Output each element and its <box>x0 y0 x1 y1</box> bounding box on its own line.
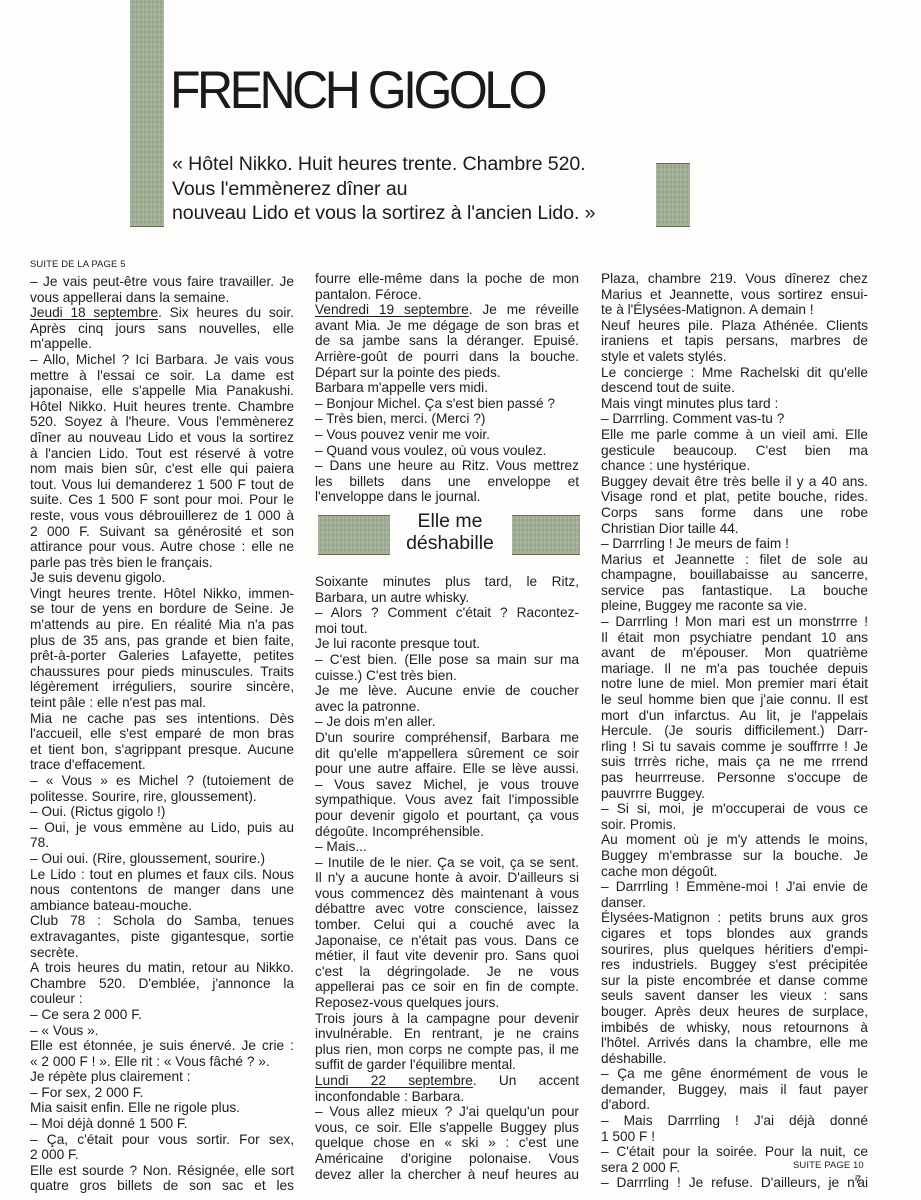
text-run: – « Vous ». <box>30 1023 99 1038</box>
text-line: – « Vous » es Michel ? (tutoiement de <box>30 773 294 789</box>
text-run: 520. Soyez à l'heure. Vous l'emmènerez <box>30 414 294 429</box>
quote-accent-bar <box>656 163 690 227</box>
text-run: le seul homme bien que j'aie connu. Il e… <box>601 692 868 707</box>
subheading-block: Elle me déshabille <box>318 513 580 559</box>
text-run: quelque chose en « ski » : c'est une <box>315 1135 579 1150</box>
text-line: – Dans une heure au Ritz. Vous mettrez <box>315 458 579 474</box>
text-line: métier, il faut vite devenir pro. Sans q… <box>315 948 579 964</box>
text-run: m'appelle. <box>30 336 92 351</box>
text-line: nom mais bien sûr, c'est elle qui paiera <box>30 461 294 477</box>
text-line: cuisse.) C'est très bien. <box>315 668 579 684</box>
text-run: imbibés de whisky, nous retournons à <box>601 1020 868 1035</box>
text-run: . Six heures du soir. <box>158 305 294 320</box>
text-run: parle pas très bien le français. <box>30 555 213 570</box>
text-line: D'un sourire compréhensif, Barbara me <box>315 730 579 746</box>
text-run: 78. <box>30 835 49 850</box>
text-line: – Mais Darrrling ! J'ai déjà donné <box>601 1113 868 1129</box>
text-run: 2 000 F. <box>30 1147 79 1162</box>
text-line: Christian Dior taille 44. <box>601 521 868 537</box>
text-line: teint pâle : elle n'est pas mal. <box>30 695 294 711</box>
text-line: Marius et Jeannette, vous sortirez ensui… <box>601 287 868 303</box>
text-line: Vendredi 19 septembre. Je me réveille <box>315 302 579 318</box>
text-run: les billets dans une enveloppe et <box>315 474 579 489</box>
text-run: – Dans une heure au Ritz. Vous mettrez <box>315 458 579 473</box>
text-line: – Quand vous voulez, où vous voulez. <box>315 443 579 459</box>
text-run: – Oui oui. (Rire, gloussement, sourire.) <box>30 851 265 866</box>
text-run: Club 78 : Schola do Samba, tenues <box>30 913 294 928</box>
text-column-2-top: fourre elle-même dans la poche de monpan… <box>315 271 579 505</box>
text-line: pantalon. Féroce. <box>315 287 579 303</box>
text-run: – Ça, c'était pour vous sortir. For sex, <box>30 1132 294 1147</box>
text-line: mort d'un infarctus. Au lit, je l'appela… <box>601 708 868 724</box>
text-line: sympathique. Vous avez fait l'impossible <box>315 792 579 808</box>
text-line: prêt-à-porter Galeries Lafayette, petite… <box>30 648 294 664</box>
text-line: Elle me parle comme à un vieil ami. Elle <box>601 427 868 443</box>
text-run: Le Lido : tout en plumes et faux cils. N… <box>30 867 294 882</box>
subheading: Elle me déshabille <box>392 510 508 554</box>
text-run: Barbara, un autre whisky. <box>315 590 469 605</box>
text-run: Départ sur la pointe des pieds. <box>315 365 501 380</box>
text-run: – Oui. (Rictus gigolo !) <box>30 804 165 819</box>
text-line: l'accueil, elle s'est emparé de mon bras <box>30 726 294 742</box>
text-run: tout. Vous lui demanderez 1 500 F tout d… <box>30 477 294 492</box>
text-line: dit qu'elle m'appellera sûrement ce soir <box>315 746 579 762</box>
text-line: pas heurrreuse. Personne s'occupe de <box>601 770 868 786</box>
text-run: débattre avec votre conscience, laissez <box>315 901 579 916</box>
text-line: trace d'effacement. <box>30 757 294 773</box>
text-run: Soixante minutes plus tard, le Ritz, <box>315 574 579 589</box>
text-line: 2 000 F. <box>30 1147 294 1163</box>
text-run: Trois jours à la campagne pour devenir <box>315 1011 579 1026</box>
text-run: Japonaise, ce n'était pas vous. Dans ce <box>315 933 579 948</box>
text-line: – Vous savez Michel, je vous trouve <box>315 777 579 793</box>
text-line: vous, ce soir. Elle s'appelle Buggey plu… <box>315 1120 579 1136</box>
text-line: 2 000 F. Suivant sa générosité et son <box>30 524 294 540</box>
text-line: tomber. Celui qui a couché avec la <box>315 917 579 933</box>
text-run: – Quand vous voulez, où vous voulez. <box>315 443 546 458</box>
text-run: Elle est étonnée, je suis énervé. Je cri… <box>30 1038 294 1053</box>
text-line: reste, vous vous débrouillerez de 1 000 … <box>30 508 294 524</box>
text-line: style et valets stylés. <box>601 349 868 365</box>
text-run: mariage. Il ne m'a pas touchée depuis <box>601 661 868 676</box>
text-run: dégoûte. Incompréhensible. <box>315 824 484 839</box>
text-run: Elle est sourde ? Non. Résignée, elle so… <box>30 1163 294 1178</box>
text-run: pauvrrre Buggey. <box>601 786 705 801</box>
pull-quote-line: « Hôtel Nikko. Huit heures trente. Chamb… <box>172 152 652 177</box>
text-line: seuls savent danser les vieux : sans <box>601 988 868 1004</box>
magazine-page: FRENCH GIGOLO « Hôtel Nikko. Huit heures… <box>0 0 921 1200</box>
text-run: pas heurrreuse. Personne s'occupe de <box>601 770 868 785</box>
text-line: devez aller la chercher à neuf heures au <box>315 1167 579 1183</box>
text-run: métier, il faut vite devenir pro. Sans q… <box>315 948 579 963</box>
text-run: Après cinq jours sans nouvelles, elle <box>30 321 294 336</box>
text-line: champagne, bouillabaisse au sancerre, <box>601 567 868 583</box>
text-run: invulnérable. En rentrant, je ne crains <box>315 1026 579 1041</box>
text-line: extravagantes, piste gigantesque, sortie <box>30 929 294 945</box>
text-run: – Je dois m'en aller. <box>315 714 436 729</box>
text-run: suis trrrès riche, mais ça ne me rrrend <box>601 754 868 769</box>
text-run: A trois heures du matin, retour au Nikko… <box>30 960 294 975</box>
text-run: Visage rond et plat, petite bouche, ride… <box>601 489 868 504</box>
text-run: cuisse.) C'est très bien. <box>315 668 457 683</box>
text-run: inconfondable : Barbara. <box>315 1089 464 1104</box>
text-line: Élysées-Matignon : petits bruns aux gros <box>601 910 868 926</box>
text-run: soir. Promis. <box>601 817 676 832</box>
text-run: – For sex, 2 000 F. <box>30 1085 143 1100</box>
text-line: – Darrrling ! Mon mari est un monstrrre … <box>601 614 868 630</box>
text-line: dîner au nouveau Lido et vous la sortire… <box>30 430 294 446</box>
text-run: – Vous allez mieux ? J'ai quelqu'un pour <box>315 1104 579 1119</box>
text-line: – Ça, c'était pour vous sortir. For sex, <box>30 1132 294 1148</box>
text-line: Visage rond et plat, petite bouche, ride… <box>601 489 868 505</box>
text-line: – Oui oui. (Rire, gloussement, sourire.) <box>30 851 294 867</box>
text-line: appellerai pas ce soir en fin de compte. <box>315 979 579 995</box>
text-run: rling ! Si tu savais comme je souffrrre … <box>601 739 868 754</box>
text-line: – Darrrling. Comment vas-tu ? <box>601 411 868 427</box>
text-run: légèrement irréguliers, sourire sincère, <box>30 679 294 694</box>
text-line: pour devenir gigolo et pourtant, ça vous <box>315 808 579 824</box>
text-line: c'est la dégringolade. Je ne vous <box>315 964 579 980</box>
date-heading: Vendredi 19 septembre <box>315 302 469 317</box>
text-line: Je lui raconte presque tout. <box>315 636 579 652</box>
text-run: secrète. <box>30 945 79 960</box>
text-run: Je suis devenu gigolo. <box>30 570 165 585</box>
text-run: demander, Buggey, mais il faut payer <box>601 1082 868 1097</box>
text-run: prêt-à-porter Galeries Lafayette, petite… <box>30 648 294 663</box>
text-run: devez aller la chercher à neuf heures au <box>315 1167 579 1182</box>
text-line: d'abord. <box>601 1097 868 1113</box>
text-line: 78. <box>30 835 294 851</box>
text-run: – C'est bien. (Elle pose sa main sur ma <box>315 652 579 667</box>
text-run: m'attends au pire. En réalité Mia n'a pa… <box>30 617 294 632</box>
text-run: – Je vais peut-être vous faire travaille… <box>30 274 294 289</box>
text-line: A trois heures du matin, retour au Nikko… <box>30 960 294 976</box>
text-line: de sa jambe sans la déranger. Epuisé. <box>315 333 579 349</box>
text-line: Barbara m'appelle vers midi. <box>315 380 579 396</box>
text-line: dégoûte. Incompréhensible. <box>315 824 579 840</box>
text-run: – Ce sera 2 000 F. <box>30 1007 142 1022</box>
text-run: sympathique. Vous avez fait l'impossible <box>315 792 579 807</box>
text-line: – Je dois m'en aller. <box>315 714 579 730</box>
text-run: à l'ancien Lido. Tout est réservé à votr… <box>30 446 294 461</box>
date-heading: Lundi 22 septembre <box>315 1073 473 1088</box>
text-run: pantalon. Féroce. <box>315 287 422 302</box>
text-line: mariage. Il ne m'a pas touchée depuis <box>601 661 868 677</box>
text-line: suite. Ces 1 500 F sont pour moi. Pour l… <box>30 492 294 508</box>
pull-quote: « Hôtel Nikko. Huit heures trente. Chamb… <box>172 152 652 226</box>
text-line: Lundi 22 septembre. Un accent <box>315 1073 579 1089</box>
text-line: Vingt heures trente. Hôtel Nikko, immen- <box>30 586 294 602</box>
text-line: – Allo, Michel ? Ici Barbara. Je vais vo… <box>30 352 294 368</box>
text-run: sourires, plus quelques héritiers d'empi… <box>601 942 868 957</box>
text-run: Buggey m'embrasse sur la bouche. Je <box>601 848 868 863</box>
text-run: mettre à l'essai ce soir. La dame est <box>30 368 294 383</box>
text-run: cigares et tops blondes aux grands <box>601 926 868 941</box>
text-line: – Inutile de le nier. Ça se voit, ça se … <box>315 855 579 871</box>
text-run: dîner au nouveau Lido et vous la sortire… <box>30 430 294 445</box>
text-run: vous commencez dès maintenant à vous <box>315 886 579 901</box>
text-line: Hercule. (Je souris difficilement.) Darr… <box>601 723 868 739</box>
text-run: teint pâle : elle n'est pas mal. <box>30 695 206 710</box>
text-line: politesse. Sourire, rire, gloussement). <box>30 789 294 805</box>
text-line: Neuf heures pile. Plaza Athénée. Clients <box>601 318 868 334</box>
text-line: pleine, Buggey me raconte sa vie. <box>601 598 868 614</box>
text-line: soir. Promis. <box>601 817 868 833</box>
text-run: Le concierge : Mme Rachelski dit qu'elle <box>601 365 868 380</box>
text-line: – Mais... <box>315 839 579 855</box>
text-run: l'enveloppe dans le journal. <box>315 489 480 504</box>
text-run: Chambre 520. D'emblée, j'annonce la <box>30 976 294 991</box>
text-line: invulnérable. En rentrant, je ne crains <box>315 1026 579 1042</box>
text-line: notre lune de miel. Mon premier mari éta… <box>601 676 868 692</box>
text-line: – For sex, 2 000 F. <box>30 1085 294 1101</box>
text-line: – Ça me gêne énormément de vous le <box>601 1066 868 1082</box>
text-line: avec la patronne. <box>315 699 579 715</box>
text-line: Elle est étonnée, je suis énervé. Je cri… <box>30 1038 294 1054</box>
text-line: – Je vais peut-être vous faire travaille… <box>30 274 294 290</box>
text-run: suffit de garder l'équilibre mental. <box>315 1057 516 1072</box>
text-line: Corps sans forme dans une robe <box>601 505 868 521</box>
text-line: Plaza, chambre 219. Vous dînerez chez <box>601 271 868 287</box>
text-line: imbibés de whisky, nous retournons à <box>601 1020 868 1036</box>
text-line: m'appelle. <box>30 336 294 352</box>
text-run: Barbara m'appelle vers midi. <box>315 380 488 395</box>
text-line: couleur : <box>30 991 294 1007</box>
text-line: Soixante minutes plus tard, le Ritz, <box>315 574 579 590</box>
text-line: m'attends au pire. En réalité Mia n'a pa… <box>30 617 294 633</box>
text-line: Jeudi 18 septembre. Six heures du soir. <box>30 305 294 321</box>
text-run: avec la patronne. <box>315 699 420 714</box>
text-run: notre lune de miel. Mon premier mari éta… <box>601 676 868 691</box>
text-line: nous contentons de manger dans une <box>30 882 294 898</box>
text-line: Mia ne cache pas ses intentions. Dès <box>30 711 294 727</box>
text-line: sur la piste encombrée et danse comme <box>601 973 868 989</box>
text-run: gesticule beaucoup. C'est bien ma <box>601 443 868 458</box>
text-run: Hercule. (Je souris difficilement.) Darr… <box>601 723 868 738</box>
text-line: Club 78 : Schola do Samba, tenues <box>30 913 294 929</box>
text-line: – Darrrling ! Je refuse. D'ailleurs, je … <box>601 1175 868 1191</box>
text-run: couleur : <box>30 991 83 1006</box>
text-run: l'accueil, elle s'est emparé de mon bras <box>30 726 294 741</box>
text-line: ambiance bateau-mouche. <box>30 898 294 914</box>
text-run: 2 000 F. Suivant sa générosité et son <box>30 524 294 539</box>
text-line: – Ce sera 2 000 F. <box>30 1007 294 1023</box>
pull-quote-line: Vous l'emmènerez dîner au <box>172 177 652 202</box>
text-line: le seul homme bien que j'aie connu. Il e… <box>601 692 868 708</box>
text-run: appellerai pas ce soir en fin de compte. <box>315 979 579 994</box>
text-run: de sa jambe sans la déranger. Epuisé. <box>315 333 579 348</box>
text-run: – Darrrling ! Je meurs de faim ! <box>601 536 789 551</box>
text-run: Américaine d'origine polonaise. Vous <box>315 1151 579 1166</box>
text-column-1: – Je vais peut-être vous faire travaille… <box>30 274 294 1194</box>
text-line: cache mon dégoût. <box>601 864 868 880</box>
title-accent-bar <box>130 0 164 227</box>
text-column-2-bottom: Soixante minutes plus tard, le Ritz,Barb… <box>315 574 579 1182</box>
text-run: – Oui, je vous emmène au Lido, puis au <box>30 820 294 835</box>
text-run: Plaza, chambre 219. Vous dînerez chez <box>601 271 868 286</box>
text-line: – Vous pouvez venir me voir. <box>315 427 579 443</box>
text-run: quatre gros billets de son sac et les <box>30 1178 294 1193</box>
text-run: – Mais... <box>315 839 367 854</box>
text-line: inconfondable : Barbara. <box>315 1089 579 1105</box>
text-run: reste, vous vous débrouillerez de 1 000 … <box>30 508 294 523</box>
text-run: 1 500 F ! <box>601 1129 655 1144</box>
text-run: – « Vous » es Michel ? (tutoiement de <box>30 773 294 788</box>
text-line: – Si si, moi, je m'occuperai de vous ce <box>601 801 868 817</box>
text-line: se tour de yens en bordure de Seine. Je <box>30 601 294 617</box>
text-run: japonaise, elle s'appelle Mia Panakushi. <box>30 383 294 398</box>
text-line: res industriels. Buggey s'est précipitée <box>601 957 868 973</box>
text-run: vous, ce soir. Elle s'appelle Buggey plu… <box>315 1120 579 1135</box>
text-line: sourires, plus quelques héritiers d'empi… <box>601 942 868 958</box>
text-run: – Darrrling ! Je refuse. D'ailleurs, je … <box>601 1175 868 1190</box>
text-run: Hôtel Nikko. Huit heures trente. Chambre <box>30 399 294 414</box>
text-line: suis trrrès riche, mais ça ne me rrrend <box>601 754 868 770</box>
text-run: – Vous pouvez venir me voir. <box>315 427 490 442</box>
text-run: – Ça me gêne énormément de vous le <box>601 1066 868 1081</box>
text-run: extravagantes, piste gigantesque, sortie <box>30 929 294 944</box>
text-run: Mia saisit enfin. Elle ne rigole plus. <box>30 1100 240 1115</box>
text-line: « 2 000 F ! ». Elle rit : « Vous fâché ?… <box>30 1054 294 1070</box>
text-run: Vingt heures trente. Hôtel Nikko, immen- <box>30 586 294 601</box>
text-run: c'est la dégringolade. Je ne vous <box>315 964 579 979</box>
text-run: Elle me parle comme à un vieil ami. Elle <box>601 427 868 442</box>
text-line: pour une autre affaire. Elle se lève aus… <box>315 761 579 777</box>
text-run: Mais vingt minutes plus tard : <box>601 396 778 411</box>
text-run: fourre elle-même dans la poche de mon <box>315 271 579 286</box>
text-line: quelque chose en « ski » : c'est une <box>315 1135 579 1151</box>
text-line: Elle est sourde ? Non. Résignée, elle so… <box>30 1163 294 1179</box>
text-run: Il était mon psychiatre pendant 10 ans <box>601 630 868 645</box>
continued-from-label: SUITE DE LA PAGE 5 <box>30 259 126 270</box>
text-run: Mia ne cache pas ses intentions. Dès <box>30 711 294 726</box>
text-line: déshabille. <box>601 1051 868 1067</box>
text-run: D'un sourire compréhensif, Barbara me <box>315 730 579 745</box>
text-run: avant de m'épouser. Mon quatrième <box>601 645 868 660</box>
text-line: iraniens et tapis persans, marbres de <box>601 333 868 349</box>
text-run: pour devenir gigolo et pourtant, ça vous <box>315 808 579 823</box>
text-run: attirance pour vous. Autre chose : elle … <box>30 539 294 554</box>
text-run: – Si si, moi, je m'occuperai de vous ce <box>601 801 868 816</box>
text-run: . Un accent <box>473 1073 579 1088</box>
text-run: – Mais Darrrling ! J'ai déjà donné <box>601 1113 868 1128</box>
text-line: parle pas très bien le français. <box>30 555 294 571</box>
text-line: Je suis devenu gigolo. <box>30 570 294 586</box>
text-line: Mais vingt minutes plus tard : <box>601 396 868 412</box>
text-line: Japonaise, ce n'était pas vous. Dans ce <box>315 933 579 949</box>
text-line: tout. Vous lui demanderez 1 500 F tout d… <box>30 477 294 493</box>
text-run: nom mais bien sûr, c'est elle qui paiera <box>30 461 294 476</box>
text-run: – Allo, Michel ? Ici Barbara. Je vais vo… <box>30 352 294 367</box>
text-line: attirance pour vous. Autre chose : elle … <box>30 539 294 555</box>
text-line: Au moment où je m'y attends le moins, <box>601 832 868 848</box>
text-line: à l'ancien Lido. Tout est réservé à votr… <box>30 446 294 462</box>
article-title: FRENCH GIGOLO <box>170 64 544 117</box>
text-line: Mia saisit enfin. Elle ne rigole plus. <box>30 1100 294 1116</box>
text-line: vous commencez dès maintenant à vous <box>315 886 579 902</box>
text-run: Buggey devait être très belle il y a 40 … <box>601 474 868 489</box>
continued-to-label: SUITE PAGE 10 <box>793 1160 864 1171</box>
text-run: bouger. Après deux heures de surplace, <box>601 1004 868 1019</box>
text-run: ambiance bateau-mouche. <box>30 898 192 913</box>
text-line: mettre à l'essai ce soir. La dame est <box>30 368 294 384</box>
text-line: Il n'y a aucune honte à avoir. D'ailleur… <box>315 870 579 886</box>
text-run: pleine, Buggey me raconte sa vie. <box>601 598 807 613</box>
page-number: 7 <box>855 1174 861 1186</box>
text-run: nous contentons de manger dans une <box>30 882 294 897</box>
text-line: Je répète plus clairement : <box>30 1069 294 1085</box>
text-line: Reposez-vous quelques jours. <box>315 995 579 1011</box>
text-run: te à l'Élysées-Matignon. A demain ! <box>601 302 814 317</box>
text-line: – Darrrling ! Emmène-moi ! J'ai envie de <box>601 879 868 895</box>
text-line: rling ! Si tu savais comme je souffrrre … <box>601 739 868 755</box>
text-run: champagne, bouillabaisse au sancerre, <box>601 567 868 582</box>
text-line: – Bonjour Michel. Ça s'est bien passé ? <box>315 396 579 412</box>
text-line: l'enveloppe dans le journal. <box>315 489 579 505</box>
text-run: – Inutile de le nier. Ça se voit, ça se … <box>315 855 579 870</box>
text-run: déshabille. <box>601 1051 666 1066</box>
text-run: Je me lève. Aucune envie de coucher <box>315 683 579 698</box>
text-run: Je lui raconte presque tout. <box>315 636 480 651</box>
text-line: – C'était pour la soirée. Pour la nuit, … <box>601 1144 868 1160</box>
text-line: l'hôtel. Arrivés dans la chambre, elle m… <box>601 1035 868 1051</box>
text-line: – Moi déjà donné 1 500 F. <box>30 1116 294 1132</box>
text-run: – C'était pour la soirée. Pour la nuit, … <box>601 1144 868 1159</box>
text-run: danser. <box>601 895 646 910</box>
text-run: et tient bon, s'agrippant presque. Aucun… <box>30 742 294 757</box>
text-line: te à l'Élysées-Matignon. A demain ! <box>601 302 868 318</box>
text-run: res industriels. Buggey s'est précipitée <box>601 957 868 972</box>
subheading-accent-left <box>318 515 390 555</box>
text-run: Marius et Jeannette, vous sortirez ensui… <box>601 287 868 302</box>
text-line: – Vous allez mieux ? J'ai quelqu'un pour <box>315 1104 579 1120</box>
text-run: sera 2 000 F. <box>601 1160 680 1175</box>
text-line: – Darrrling ! Je meurs de faim ! <box>601 536 868 552</box>
text-line: 520. Soyez à l'heure. Vous l'emmènerez <box>30 414 294 430</box>
text-line: chaussures pour pieds minuscules. Traits <box>30 664 294 680</box>
text-run: plus de 35 ans, pas grande et bien faite… <box>30 633 294 648</box>
text-run: – Darrrling. Comment vas-tu ? <box>601 411 784 426</box>
text-run: – Darrrling ! Emmène-moi ! J'ai envie de <box>601 879 868 894</box>
text-line: japonaise, elle s'appelle Mia Panakushi. <box>30 383 294 399</box>
text-run: mort d'un infarctus. Au lit, je l'appela… <box>601 708 868 723</box>
text-line: Buggey devait être très belle il y a 40 … <box>601 474 868 490</box>
text-run: – Alors ? Comment c'était ? Racontez- <box>315 605 579 620</box>
text-line: légèrement irréguliers, sourire sincère, <box>30 679 294 695</box>
text-line: Il était mon psychiatre pendant 10 ans <box>601 630 868 646</box>
text-line: Arrière-goût de pourri dans la bouche. <box>315 349 579 365</box>
text-line: – Oui. (Rictus gigolo !) <box>30 804 294 820</box>
text-run: Il n'y a aucune honte à avoir. D'ailleur… <box>315 870 579 885</box>
text-line: cigares et tops blondes aux grands <box>601 926 868 942</box>
text-line: les billets dans une enveloppe et <box>315 474 579 490</box>
text-run: l'hôtel. Arrivés dans la chambre, elle m… <box>601 1035 868 1050</box>
text-line: Après cinq jours sans nouvelles, elle <box>30 321 294 337</box>
text-column-3: Plaza, chambre 219. Vous dînerez chezMar… <box>601 271 868 1191</box>
text-line: danser. <box>601 895 868 911</box>
text-line: demander, Buggey, mais il faut payer <box>601 1082 868 1098</box>
text-run: . Je me réveille <box>469 302 579 317</box>
text-run: Marius et Jeannette : filet de sole au <box>601 552 868 567</box>
text-run: Corps sans forme dans une robe <box>601 505 868 520</box>
text-line: Départ sur la pointe des pieds. <box>315 365 579 381</box>
text-line: Le concierge : Mme Rachelski dit qu'elle <box>601 365 868 381</box>
text-run: sur la piste encombrée et danse comme <box>601 973 868 988</box>
subheading-accent-right <box>512 515 580 555</box>
text-run: avant Mia. Je me dégage de son bras et <box>315 318 579 333</box>
text-run: chaussures pour pieds minuscules. Traits <box>30 664 294 679</box>
text-line: moi tout. <box>315 621 579 637</box>
